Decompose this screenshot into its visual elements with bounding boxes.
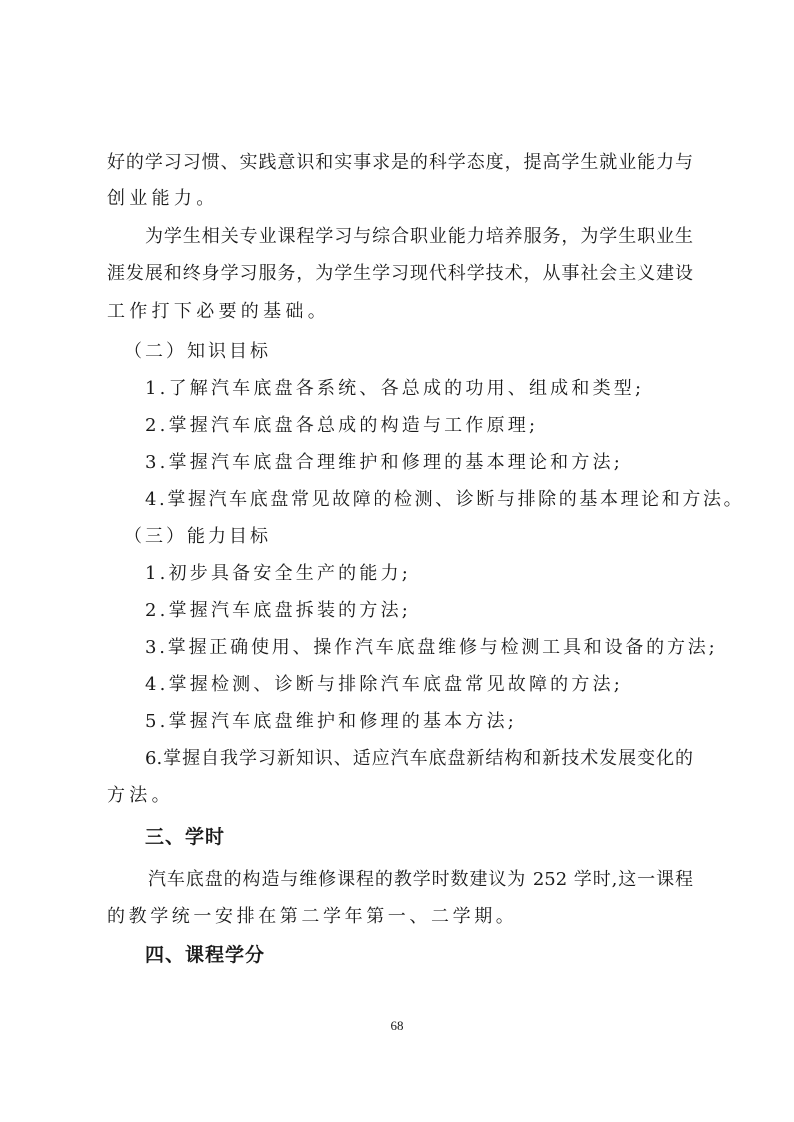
- ability-goal-item: 5.掌握汽车底盘维护和修理的基本方法;: [145, 710, 693, 734]
- knowledge-goal-item: 1.了解汽车底盘各系统、各总成的功用、组成和类型;: [145, 377, 693, 401]
- knowledge-goal-item: 2.掌握汽车底盘各总成的构造与工作原理;: [145, 414, 693, 438]
- subsection-heading-knowledge: （二）知识目标: [124, 340, 710, 364]
- subsection-heading-ability: （三）能力目标: [124, 525, 710, 549]
- paragraph-line: 方法。: [107, 784, 693, 808]
- ability-goal-item: 3.掌握正确使用、操作汽车底盘维修与检测工具和设备的方法;: [145, 636, 693, 660]
- ability-goal-item: 2.掌握汽车底盘拆装的方法;: [145, 599, 693, 623]
- section-heading-hours: 三、学时: [145, 824, 225, 850]
- paragraph-line: 汽车底盘的构造与维修课程的教学时数建议为 252 学时,这一课程: [148, 868, 693, 892]
- page-number: 68: [0, 1018, 794, 1034]
- ability-goal-item: 4.掌握检测、诊断与排除汽车底盘常见故障的方法;: [145, 673, 693, 697]
- knowledge-goal-item: 4.掌握汽车底盘常见故障的检测、诊断与排除的基本理论和方法。: [145, 488, 693, 512]
- paragraph-line: 好的学习习惯、实践意识和实事求是的科学态度，提高学生就业能力与: [107, 151, 693, 175]
- ability-goal-item: 1.初步具备安全生产的能力;: [145, 562, 693, 586]
- paragraph-line: 创业能力。: [107, 187, 693, 211]
- ability-goal-item: 6.掌握自我学习新知识、适应汽车底盘新结构和新技术发展变化的: [145, 747, 693, 771]
- paragraph-line: 的教学统一安排在第二学年第一、二学期。: [107, 905, 693, 929]
- paragraph-line: 工作打下必要的基础。: [107, 300, 693, 324]
- section-heading-credits: 四、课程学分: [145, 942, 265, 968]
- paragraph-line: 为学生相关专业课程学习与综合职业能力培养服务，为学生职业生: [145, 225, 693, 249]
- knowledge-goal-item: 3.掌握汽车底盘合理维护和修理的基本理论和方法;: [145, 451, 693, 475]
- document-page: 好的学习习惯、实践意识和实事求是的科学态度，提高学生就业能力与 创业能力。 为学…: [0, 0, 794, 1122]
- paragraph-line: 涯发展和终身学习服务，为学生学习现代科学技术，从事社会主义建设: [107, 262, 693, 286]
